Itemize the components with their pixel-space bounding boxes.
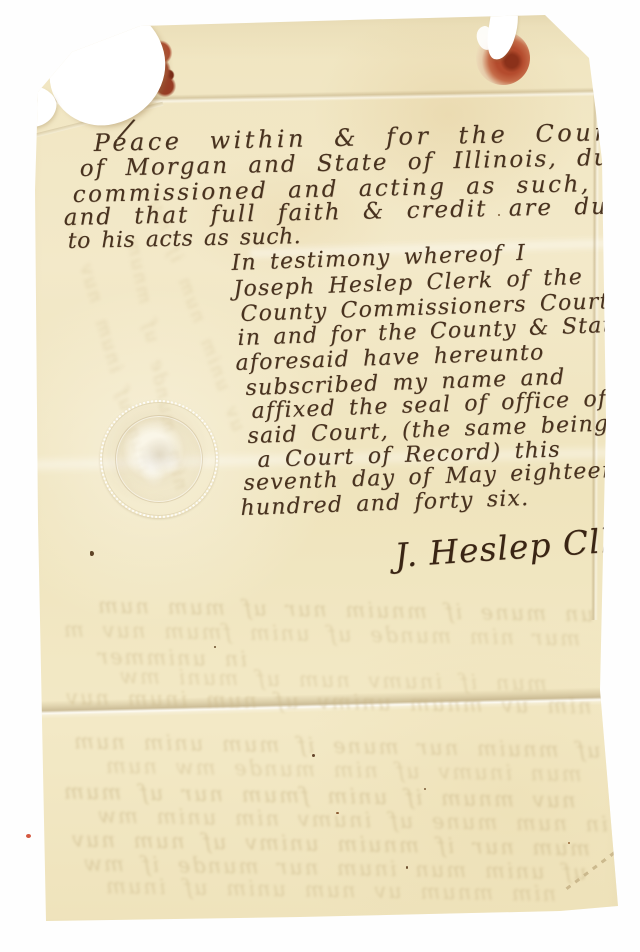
- ink-speck: [90, 551, 94, 556]
- foxing-speck: [424, 788, 426, 790]
- clerk-signature: J. Heslep Clk: [393, 520, 623, 575]
- foxing-speck: [568, 842, 570, 844]
- foxing-speck: [336, 812, 339, 814]
- document-scan: un mune if mnuim nur uf mum num mur nim …: [0, 0, 640, 952]
- foxing-speck: [406, 866, 408, 869]
- foxing-speck: [214, 646, 216, 648]
- handwriting: / Peace within & for the County of Morga…: [0, 0, 640, 952]
- scan-background: { "manuscript": { "lines": [ "Peace with…: [0, 0, 640, 952]
- foxing-speck: [312, 754, 315, 757]
- red-fleck-margin: [26, 834, 31, 838]
- foxing-speck: [498, 214, 500, 216]
- document-paper: un mune if mnuim nur uf mum num mur nim …: [0, 0, 640, 952]
